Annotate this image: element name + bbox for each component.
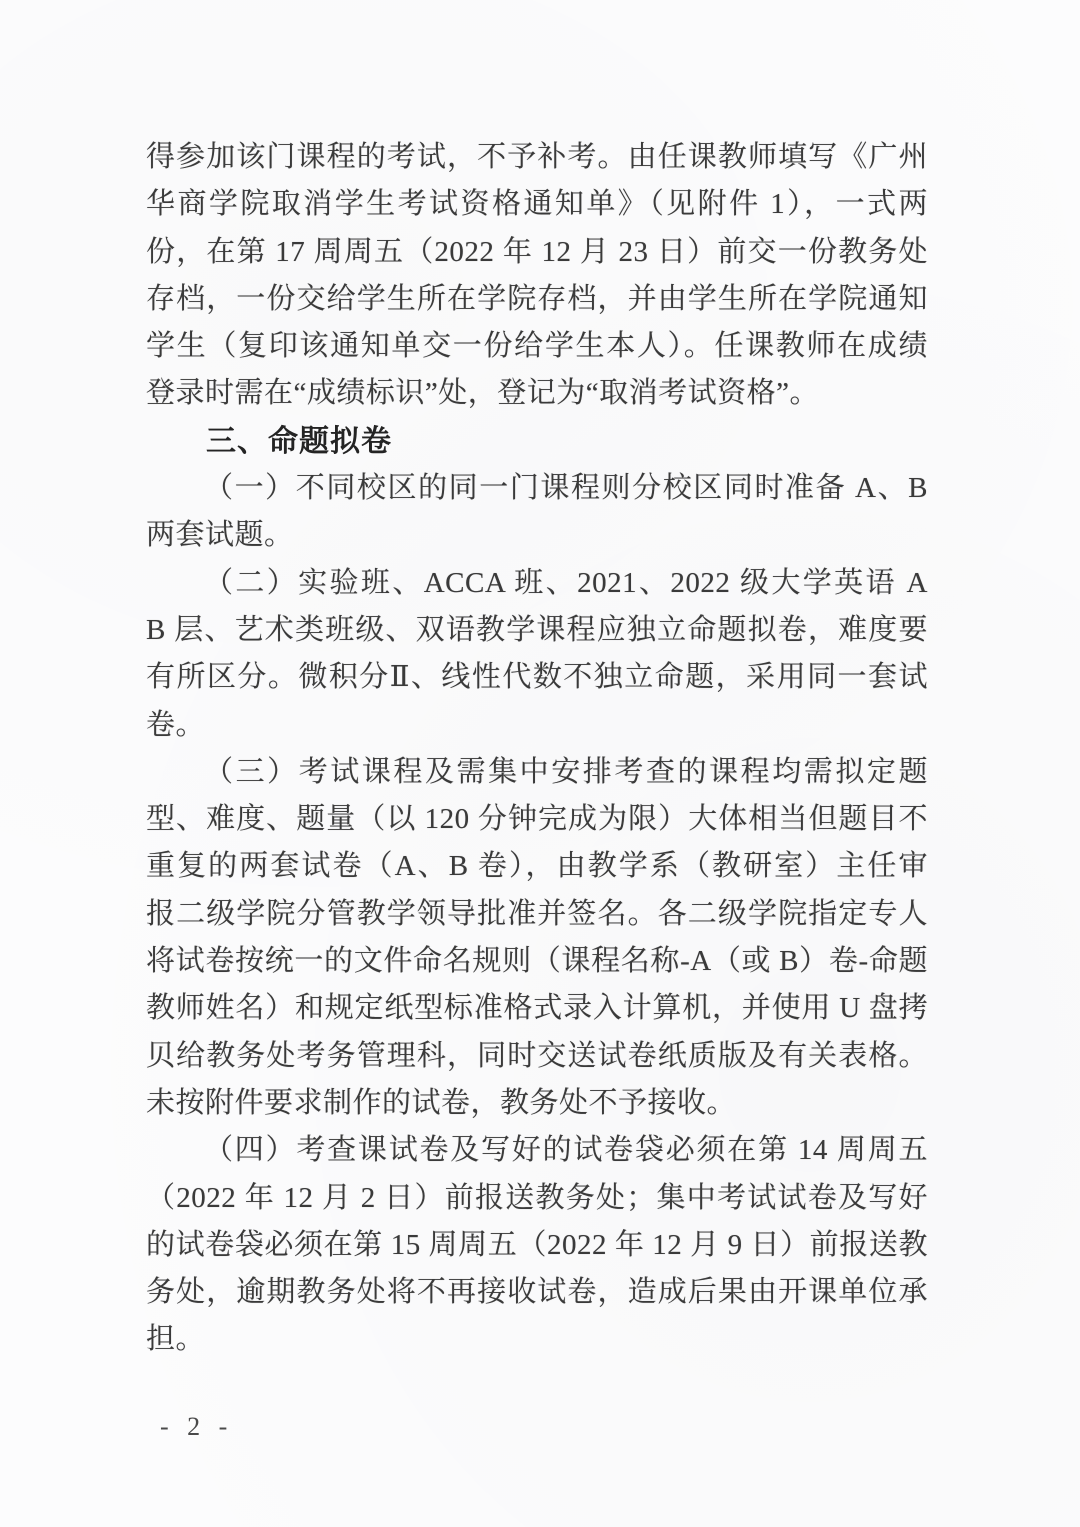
text-line: 教师姓名）和规定纸型标准格式录入计算机，并使用 U 盘拷 [146,985,928,1032]
text-line: 华商学院取消学生考试资格通知单》（见附件 1），一式两 [146,181,928,228]
text-line: 学生（复印该通知单交一份给学生本人）。任课教师在成绩 [146,323,928,370]
text-line: 份，在第 17 周周五（2022 年 12 月 23 日）前交一份教务处 [146,229,928,276]
text-line: 两套试题。 [146,512,928,559]
text-line: 未按附件要求制作的试卷，教务处不予接收。 [146,1080,928,1127]
text-line: 登录时需在“成绩标识”处，登记为“取消考试资格”。 [146,370,928,417]
text-line: （2022 年 12 月 2 日）前报送教务处；集中考试试卷及写好 [146,1175,928,1222]
text-line: 报二级学院分管教学领导批准并签名。各二级学院指定专人 [146,891,928,938]
text-line: （二）实验班、ACCA 班、2021、2022 级大学英语 A 层、 [146,560,928,607]
text-line: （三）考试课程及需集中安排考查的课程均需拟定题 [146,749,928,796]
text-line: （一）不同校区的同一门课程则分校区同时准备 A、B [146,465,928,512]
text-line: 型、难度、题量（以 120 分钟完成为限）大体相当但题目不 [146,796,928,843]
text-line: 存档，一份交给学生所在学院存档，并由学生所在学院通知 [146,276,928,323]
text-line: 重复的两套试卷（A、B 卷），由教学系（教研室）主任审定， [146,843,928,890]
text-line: 将试卷按统一的文件命名规则（课程名称-A（或 B）卷-命题 [146,938,928,985]
document-page: 得参加该门课程的考试，不予补考。由任课教师填写《广州华商学院取消学生考试资格通知… [0,0,1080,1527]
text-line: 卷。 [146,702,928,749]
text-line: 贝给教务处考务管理科，同时交送试卷纸质版及有关表格。 [146,1033,928,1080]
text-line: 有所区分。微积分Ⅱ、线性代数不独立命题，采用同一套试 [146,654,928,701]
text-line: 务处，逾期教务处将不再接收试卷，造成后果由开课单位承 [146,1269,928,1316]
text-line: B 层、艺术类班级、双语教学课程应独立命题拟卷，难度要 [146,607,928,654]
text-line: 担。 [146,1316,928,1363]
heading-section-3: 三、命题拟卷 [146,418,928,465]
text-line: 得参加该门课程的考试，不予补考。由任课教师填写《广州 [146,134,928,181]
page-number: - 2 - [160,1412,233,1442]
text-line: （四）考查课试卷及写好的试卷袋必须在第 14 周周五 [146,1127,928,1174]
text-line: 的试卷袋必须在第 15 周周五（2022 年 12 月 9 日）前报送教 [146,1222,928,1269]
document-body: 得参加该门课程的考试，不予补考。由任课教师填写《广州华商学院取消学生考试资格通知… [146,134,928,1364]
